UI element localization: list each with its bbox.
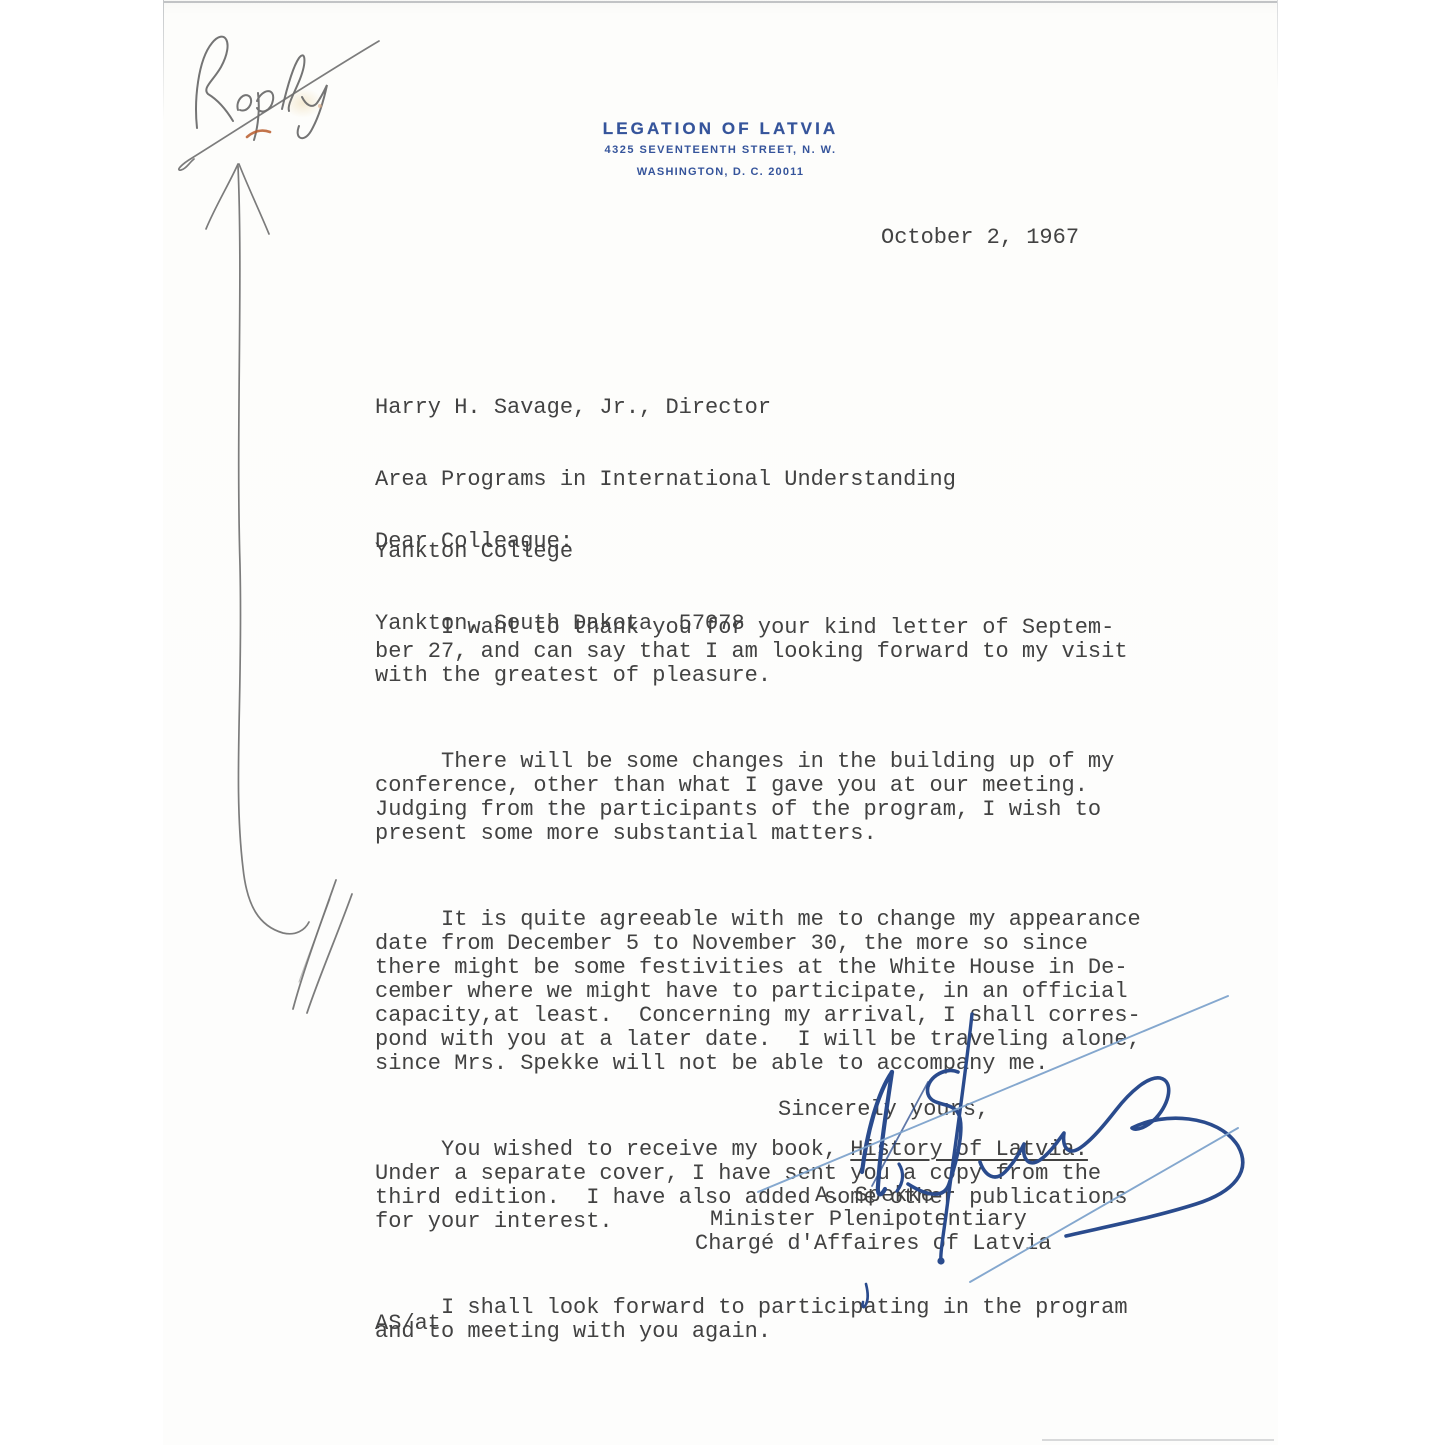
signer-title-1: Minister Plenipotentiary	[710, 1208, 1027, 1232]
recipient-name: Harry H. Savage, Jr., Director	[375, 396, 956, 420]
paper-edge-right	[1277, 0, 1278, 90]
paragraph-2: There will be some changes in the buildi…	[375, 750, 1141, 846]
letterhead-organization: LEGATION OF LATVIA	[163, 119, 1278, 139]
paragraph-1: I want to thank you for your kind letter…	[375, 616, 1141, 688]
typed-signature-name: A. Spekke	[815, 1184, 934, 1208]
paragraph-3: It is quite agreeable with me to change …	[375, 908, 1141, 1076]
paper-edge-top	[163, 1, 1278, 3]
letterhead-city-address: WASHINGTON, D. C. 20011	[163, 166, 1278, 178]
complimentary-closing: Sincerely yours,	[778, 1098, 989, 1122]
scanned-letter-page: LEGATION OF LATVIA 4325 SEVENTEENTH STRE…	[0, 0, 1445, 1445]
book-title-underlined: History of Latvia.	[850, 1137, 1088, 1162]
handwritten-reply-label: Reply	[0, 0, 1, 1]
paper-edge-left	[163, 0, 164, 120]
paper-edge-bottom	[1042, 1439, 1274, 1441]
letterhead-street-address: 4325 SEVENTEENTH STREET, N. W.	[163, 144, 1278, 156]
paragraph-5: I shall look forward to participating in…	[375, 1296, 1141, 1344]
paragraph-4-text: You wished to receive my book,	[375, 1137, 850, 1162]
autograph-label: A. Spekke	[0, 0, 1, 1]
reference-initials: AS/at	[375, 1312, 441, 1336]
date-line: October 2, 1967	[881, 226, 1079, 250]
paper-stain	[283, 88, 323, 118]
salutation: Dear Colleague:	[375, 530, 1141, 554]
letter-body: Dear Colleague: I want to thank you for …	[375, 482, 1141, 1406]
signer-title-2: Chargé d'Affaires of Latvia	[695, 1232, 1051, 1256]
